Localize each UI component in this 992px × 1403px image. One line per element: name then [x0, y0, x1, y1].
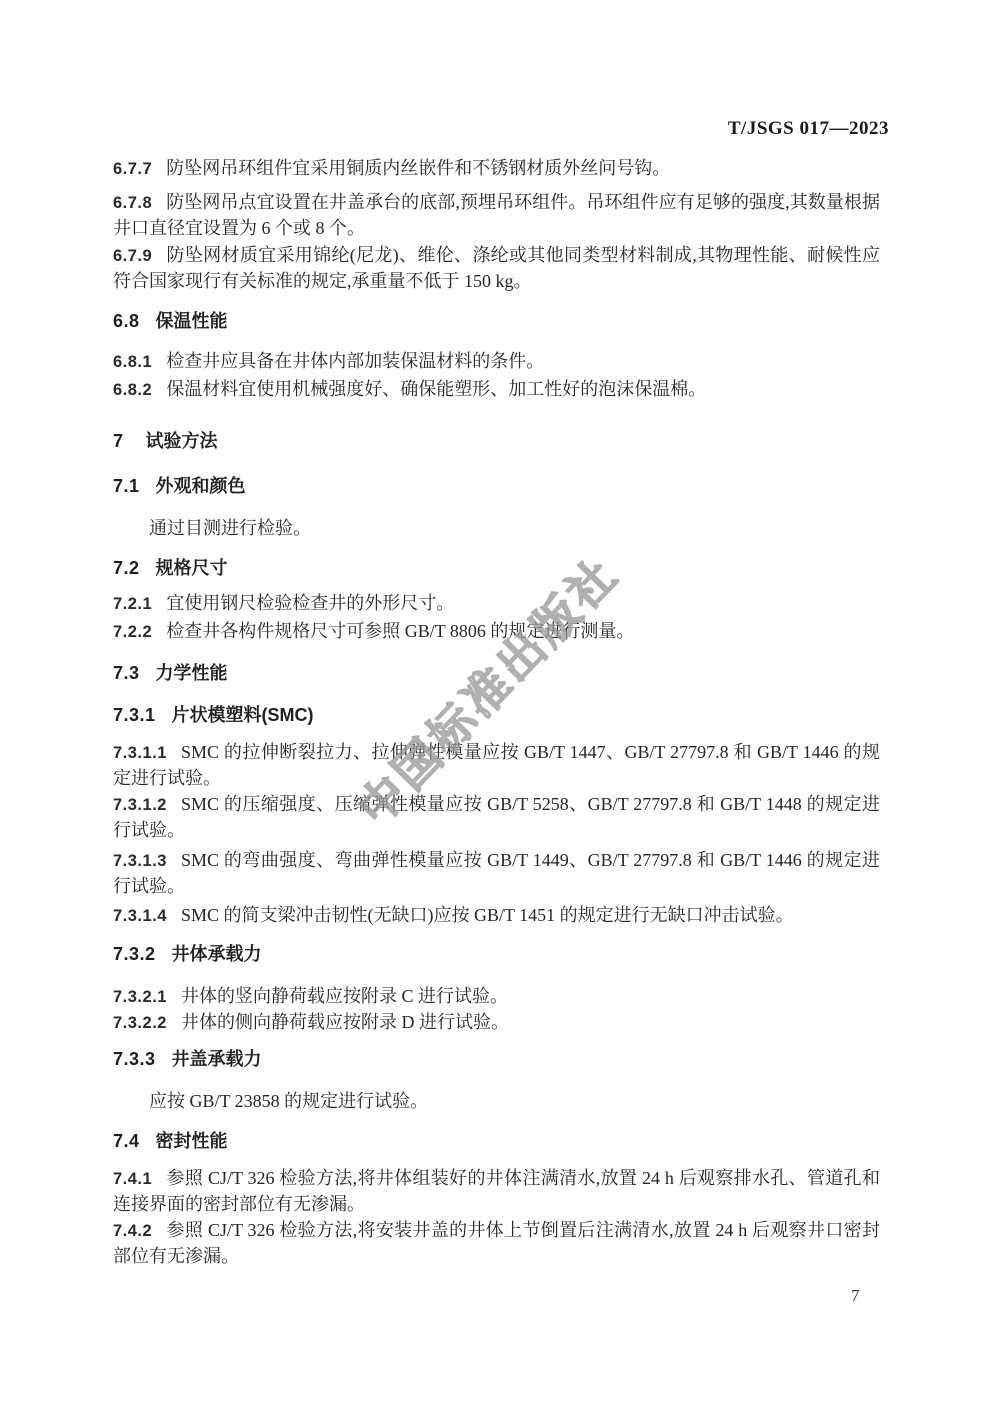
clause-number: 7.3.2.2 — [113, 1014, 167, 1032]
clause-6-7-8: 6.7.8防坠网吊点宜设置在井盖承台的底部,预埋吊环组件。吊环组件应有足够的强度… — [113, 190, 880, 241]
clause-number: 7.2.2 — [113, 623, 152, 641]
clause-text: 井体的侧向静荷载应按附录 D 进行试验。 — [181, 1012, 509, 1032]
clause-text: SMC 的弯曲强度、弯曲弹性模量应按 GB/T 1449、GB/T 27797.… — [113, 850, 880, 896]
clause-7-3-1-1: 7.3.1.1SMC 的拉伸断裂拉力、拉伸弹性模量应按 GB/T 1447、GB… — [113, 740, 880, 791]
clause-text: 参照 CJ/T 326 检验方法,将安装井盖的井体上节倒置后注满清水,放置 24… — [113, 1220, 880, 1266]
heading-6-8: 6.8保温性能 — [113, 309, 880, 334]
clause-text: SMC 的拉伸断裂拉力、拉伸弹性模量应按 GB/T 1447、GB/T 2779… — [113, 742, 880, 788]
clause-text: 参照 CJ/T 326 检验方法,将井体组装好的井体注满清水,放置 24 h 后… — [113, 1168, 880, 1214]
clause-7-4-2: 7.4.2参照 CJ/T 326 检验方法,将安装井盖的井体上节倒置后注满清水,… — [113, 1218, 880, 1269]
standard-document-page: T/JSGS 017—2023 中国标准出版社 6.7.7防坠网吊环组件宜采用铜… — [0, 0, 992, 1403]
clause-number: 7.3.1.4 — [113, 907, 167, 925]
document-body: 6.7.7防坠网吊环组件宜采用铜质内丝嵌件和不锈钢材质外丝问号钩。 6.7.8防… — [113, 156, 880, 1269]
heading-number: 7.3.1 — [113, 705, 156, 725]
clause-number: 6.7.8 — [113, 194, 152, 212]
clause-text: 检查井各构件规格尺寸可参照 GB/T 8806 的规定进行测量。 — [166, 621, 634, 641]
standard-number-header: T/JSGS 017—2023 — [728, 118, 889, 140]
heading-number: 7.1 — [113, 476, 140, 496]
clause-text: 防坠网吊环组件宜采用铜质内丝嵌件和不锈钢材质外丝问号钩。 — [166, 158, 670, 178]
clause-number: 7.3.1.1 — [113, 744, 167, 762]
clause-number: 6.8.2 — [113, 381, 152, 399]
heading-text: 外观和颜色 — [156, 476, 246, 496]
clause-number: 6.8.1 — [113, 353, 152, 371]
clause-text: 井体的竖向静荷载应按附录 C 进行试验。 — [181, 986, 508, 1006]
clause-6-8-1: 6.8.1检查井应具备在井体内部加装保温材料的条件。 — [113, 349, 880, 375]
clause-number: 7.3.1.3 — [113, 852, 167, 870]
clause-7-3-1-2: 7.3.1.2SMC 的压缩强度、压缩弹性模量应按 GB/T 5258、GB/T… — [113, 792, 880, 843]
heading-7-2: 7.2规格尺寸 — [113, 556, 880, 581]
clause-text: 防坠网材质宜采用锦纶(尼龙)、维伦、涤纶或其他同类型材料制成,其物理性能、耐候性… — [113, 245, 880, 291]
heading-number: 7.3 — [113, 663, 140, 683]
heading-number: 7.3.3 — [113, 1049, 156, 1069]
clause-7-4-1: 7.4.1参照 CJ/T 326 检验方法,将井体组装好的井体注满清水,放置 2… — [113, 1166, 880, 1217]
heading-7-1: 7.1外观和颜色 — [113, 474, 880, 499]
heading-text: 片状模塑料(SMC) — [172, 705, 314, 725]
clause-text: 宜使用钢尺检验检查井的外形尺寸。 — [166, 593, 454, 613]
heading-text: 试验方法 — [146, 431, 218, 451]
heading-7-3-3: 7.3.3井盖承载力 — [113, 1047, 880, 1072]
page-number: 7 — [851, 1286, 860, 1306]
clause-7-2-2: 7.2.2检查井各构件规格尺寸可参照 GB/T 8806 的规定进行测量。 — [113, 619, 880, 645]
clause-text: 检查井应具备在井体内部加装保温材料的条件。 — [166, 351, 544, 371]
heading-number: 7 — [113, 431, 124, 451]
clause-6-7-7: 6.7.7防坠网吊环组件宜采用铜质内丝嵌件和不锈钢材质外丝问号钩。 — [113, 156, 880, 182]
heading-text: 力学性能 — [156, 663, 228, 683]
clause-number: 7.2.1 — [113, 595, 152, 613]
clause-7-3-2-2: 7.3.2.2井体的侧向静荷载应按附录 D 进行试验。 — [113, 1010, 880, 1036]
clause-6-8-2: 6.8.2保温材料宜使用机械强度好、确保能塑形、加工性好的泡沫保温棉。 — [113, 377, 880, 403]
clause-number: 6.7.9 — [113, 247, 152, 265]
clause-7-3-2-1: 7.3.2.1井体的竖向静荷载应按附录 C 进行试验。 — [113, 984, 880, 1010]
heading-text: 井体承载力 — [172, 944, 262, 964]
heading-number: 6.8 — [113, 311, 140, 331]
clause-7-3-1-3: 7.3.1.3SMC 的弯曲强度、弯曲弹性模量应按 GB/T 1449、GB/T… — [113, 848, 880, 899]
heading-text: 保温性能 — [156, 311, 228, 331]
clause-number: 7.4.2 — [113, 1222, 152, 1240]
heading-number: 7.4 — [113, 1131, 140, 1151]
heading-text: 规格尺寸 — [156, 558, 228, 578]
heading-7-4: 7.4密封性能 — [113, 1129, 880, 1154]
heading-number: 7.2 — [113, 558, 140, 578]
heading-7-3-1: 7.3.1片状模塑料(SMC) — [113, 703, 880, 728]
clause-number: 7.4.1 — [113, 1170, 152, 1188]
heading-number: 7.3.2 — [113, 944, 156, 964]
clause-number: 6.7.7 — [113, 160, 152, 178]
heading-text: 密封性能 — [156, 1131, 228, 1151]
clause-7-2-1: 7.2.1宜使用钢尺检验检查井的外形尺寸。 — [113, 591, 880, 617]
clause-text: SMC 的简支梁冲击韧性(无缺口)应按 GB/T 1451 的规定进行无缺口冲击… — [181, 905, 794, 925]
heading-7-3-2: 7.3.2井体承载力 — [113, 942, 880, 967]
heading-7-3: 7.3力学性能 — [113, 661, 880, 686]
clause-6-7-9: 6.7.9防坠网材质宜采用锦纶(尼龙)、维伦、涤纶或其他同类型材料制成,其物理性… — [113, 243, 880, 294]
clause-7-3-1-4: 7.3.1.4SMC 的简支梁冲击韧性(无缺口)应按 GB/T 1451 的规定… — [113, 903, 880, 929]
heading-7: 7试验方法 — [113, 429, 880, 454]
paragraph-visual-inspection: 通过目测进行检验。 — [113, 516, 880, 541]
clause-text: SMC 的压缩强度、压缩弹性模量应按 GB/T 5258、GB/T 27797.… — [113, 794, 880, 840]
heading-text: 井盖承载力 — [172, 1049, 262, 1069]
clause-number: 7.3.2.1 — [113, 988, 167, 1006]
clause-number: 7.3.1.2 — [113, 796, 167, 814]
paragraph-cover-load-test: 应按 GB/T 23858 的规定进行试验。 — [113, 1089, 880, 1114]
clause-text: 防坠网吊点宜设置在井盖承台的底部,预埋吊环组件。吊环组件应有足够的强度,其数量根… — [113, 192, 880, 238]
clause-text: 保温材料宜使用机械强度好、确保能塑形、加工性好的泡沫保温棉。 — [166, 379, 706, 399]
